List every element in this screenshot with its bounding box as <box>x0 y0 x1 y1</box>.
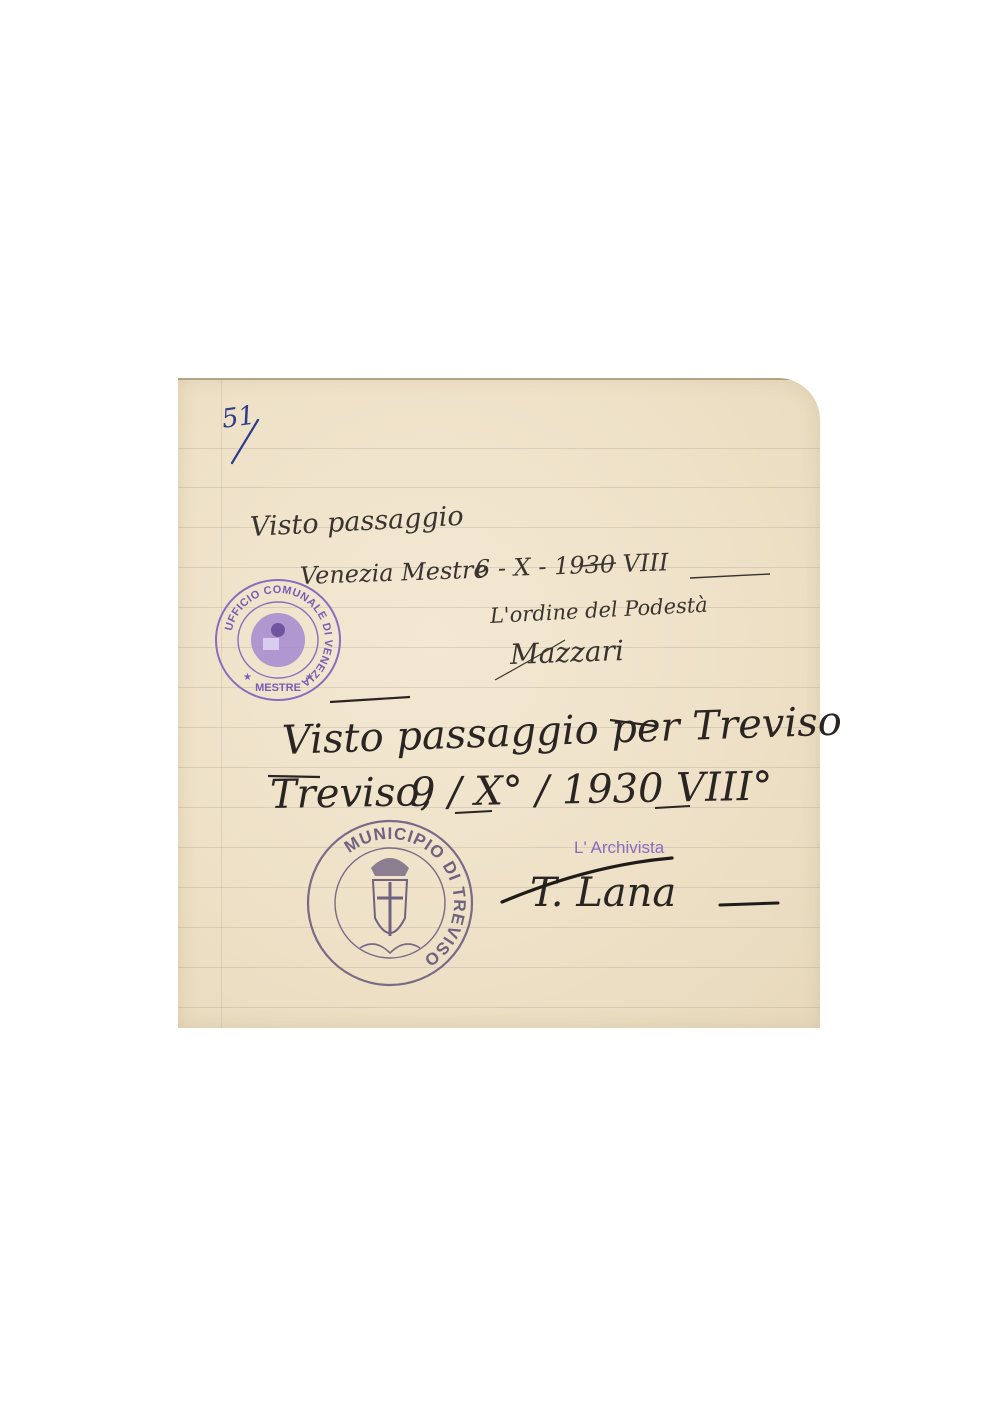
entry1-signature: Mazzari <box>509 634 624 671</box>
crowned-shield-icon <box>371 858 409 936</box>
archive-number: 51 <box>220 401 257 435</box>
ruled-line <box>178 847 820 848</box>
svg-text:MESTRE: MESTRE <box>255 682 301 694</box>
ruled-line <box>178 967 820 968</box>
entry2-place: Treviso, <box>270 769 433 818</box>
ruled-line <box>178 927 820 928</box>
svg-text:★: ★ <box>243 672 252 683</box>
entry2-signature: T. Lana <box>530 870 676 916</box>
ruled-line <box>178 487 820 488</box>
ruled-line <box>178 1007 820 1008</box>
ruled-line <box>178 887 820 888</box>
ruled-line <box>178 448 820 449</box>
entry2-date: 9 / X° / 1930 VIII° <box>410 764 773 816</box>
svg-text:★: ★ <box>305 672 314 683</box>
treviso-stamp: MUNICIPIO DI TREVISO <box>305 818 475 988</box>
venice-stamp: UFFICIO COMUNALE DI VENEZIA MESTRE ★ ★ <box>213 575 343 705</box>
archivista-stamp-label: L' Archivista <box>574 838 664 858</box>
paper-top-edge <box>178 378 790 380</box>
